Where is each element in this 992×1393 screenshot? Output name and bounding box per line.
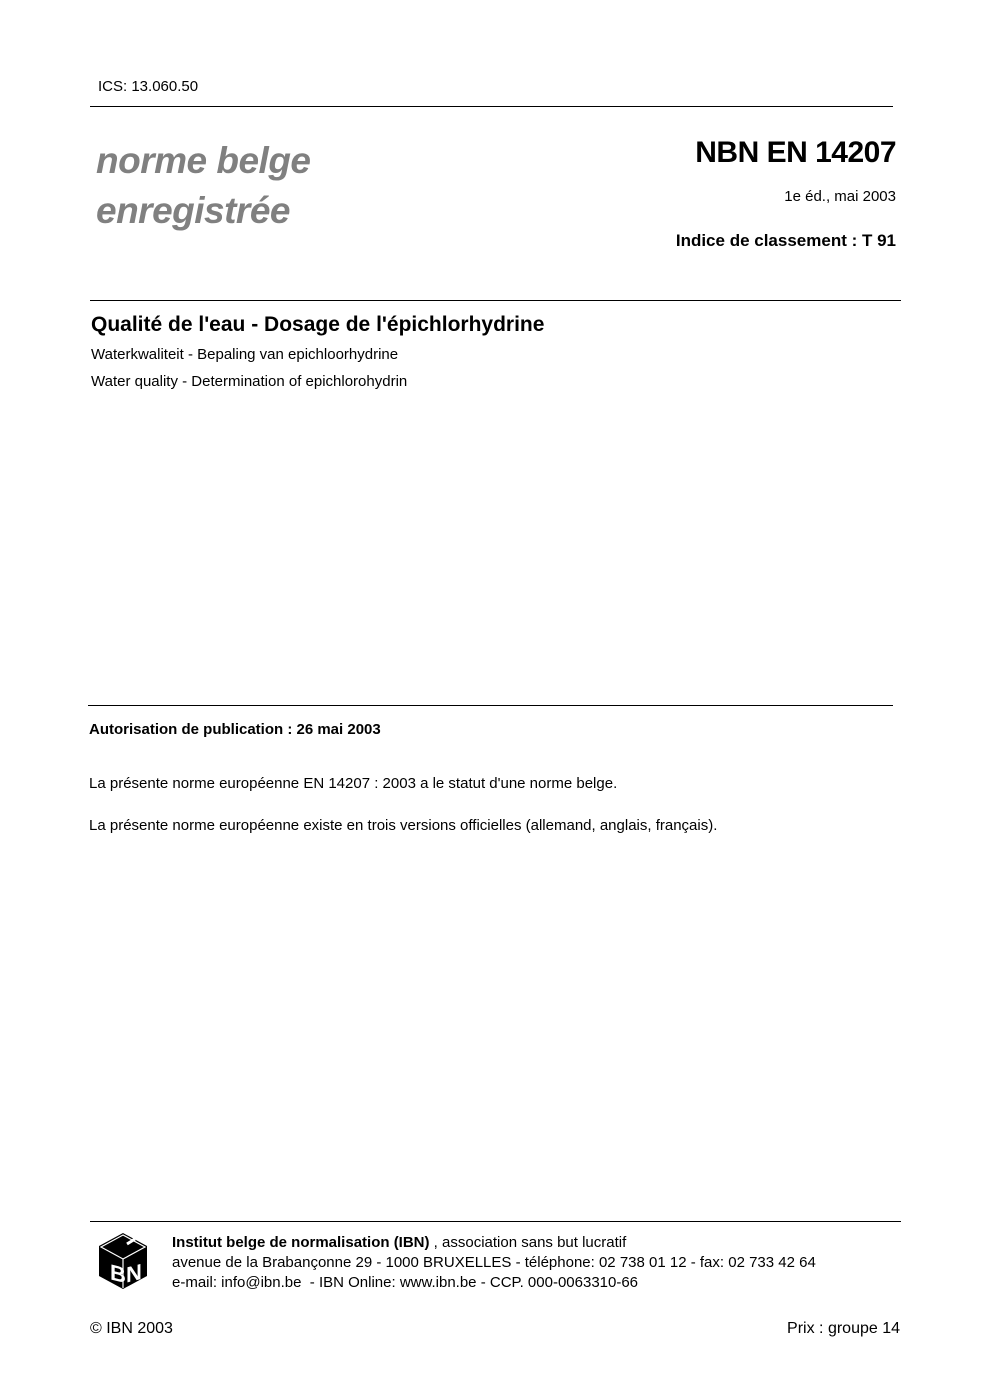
publication-authorization: Autorisation de publication : 26 mai 200…: [89, 721, 381, 738]
brand-title: norme belge enregistrée: [96, 136, 311, 236]
brand-line-2: enregistrée: [96, 186, 311, 236]
title-english: Water quality - Determination of epichlo…: [91, 373, 407, 390]
institute-line: Institut belge de normalisation (IBN) , …: [172, 1233, 816, 1253]
standard-code: NBN EN 14207: [695, 136, 896, 170]
classification-index: Indice de classement : T 91: [676, 231, 896, 251]
body-divider: [88, 705, 893, 706]
svg-text:N: N: [126, 1259, 142, 1288]
ics-code: ICS: 13.060.50: [98, 78, 198, 95]
status-paragraph: La présente norme européenne EN 14207 : …: [89, 775, 617, 792]
institute-name: Institut belge de normalisation (IBN): [172, 1234, 430, 1251]
title-french: Qualité de l'eau - Dosage de l'épichlorh…: [91, 313, 544, 337]
svg-text:B: B: [110, 1260, 126, 1289]
copyright: © IBN 2003: [90, 1320, 173, 1338]
edition: 1e éd., mai 2003: [784, 188, 896, 205]
title-divider: [90, 300, 901, 301]
address-line: avenue de la Brabançonne 29 - 1000 BRUXE…: [172, 1253, 816, 1273]
contact-line: e-mail: info@ibn.be - IBN Online: www.ib…: [172, 1273, 816, 1293]
price-group: Prix : groupe 14: [787, 1320, 900, 1338]
institute-suffix: , association sans but lucratif: [430, 1234, 627, 1251]
versions-paragraph: La présente norme européenne existe en t…: [89, 817, 717, 834]
header-divider: [90, 106, 893, 107]
brand-line-1: norme belge: [96, 136, 311, 186]
title-dutch: Waterkwaliteit - Bepaling van epichloorh…: [91, 346, 398, 363]
institute-info: Institut belge de normalisation (IBN) , …: [172, 1233, 816, 1293]
ibn-logo-icon: B N: [97, 1232, 149, 1290]
footer-divider: [90, 1221, 901, 1222]
